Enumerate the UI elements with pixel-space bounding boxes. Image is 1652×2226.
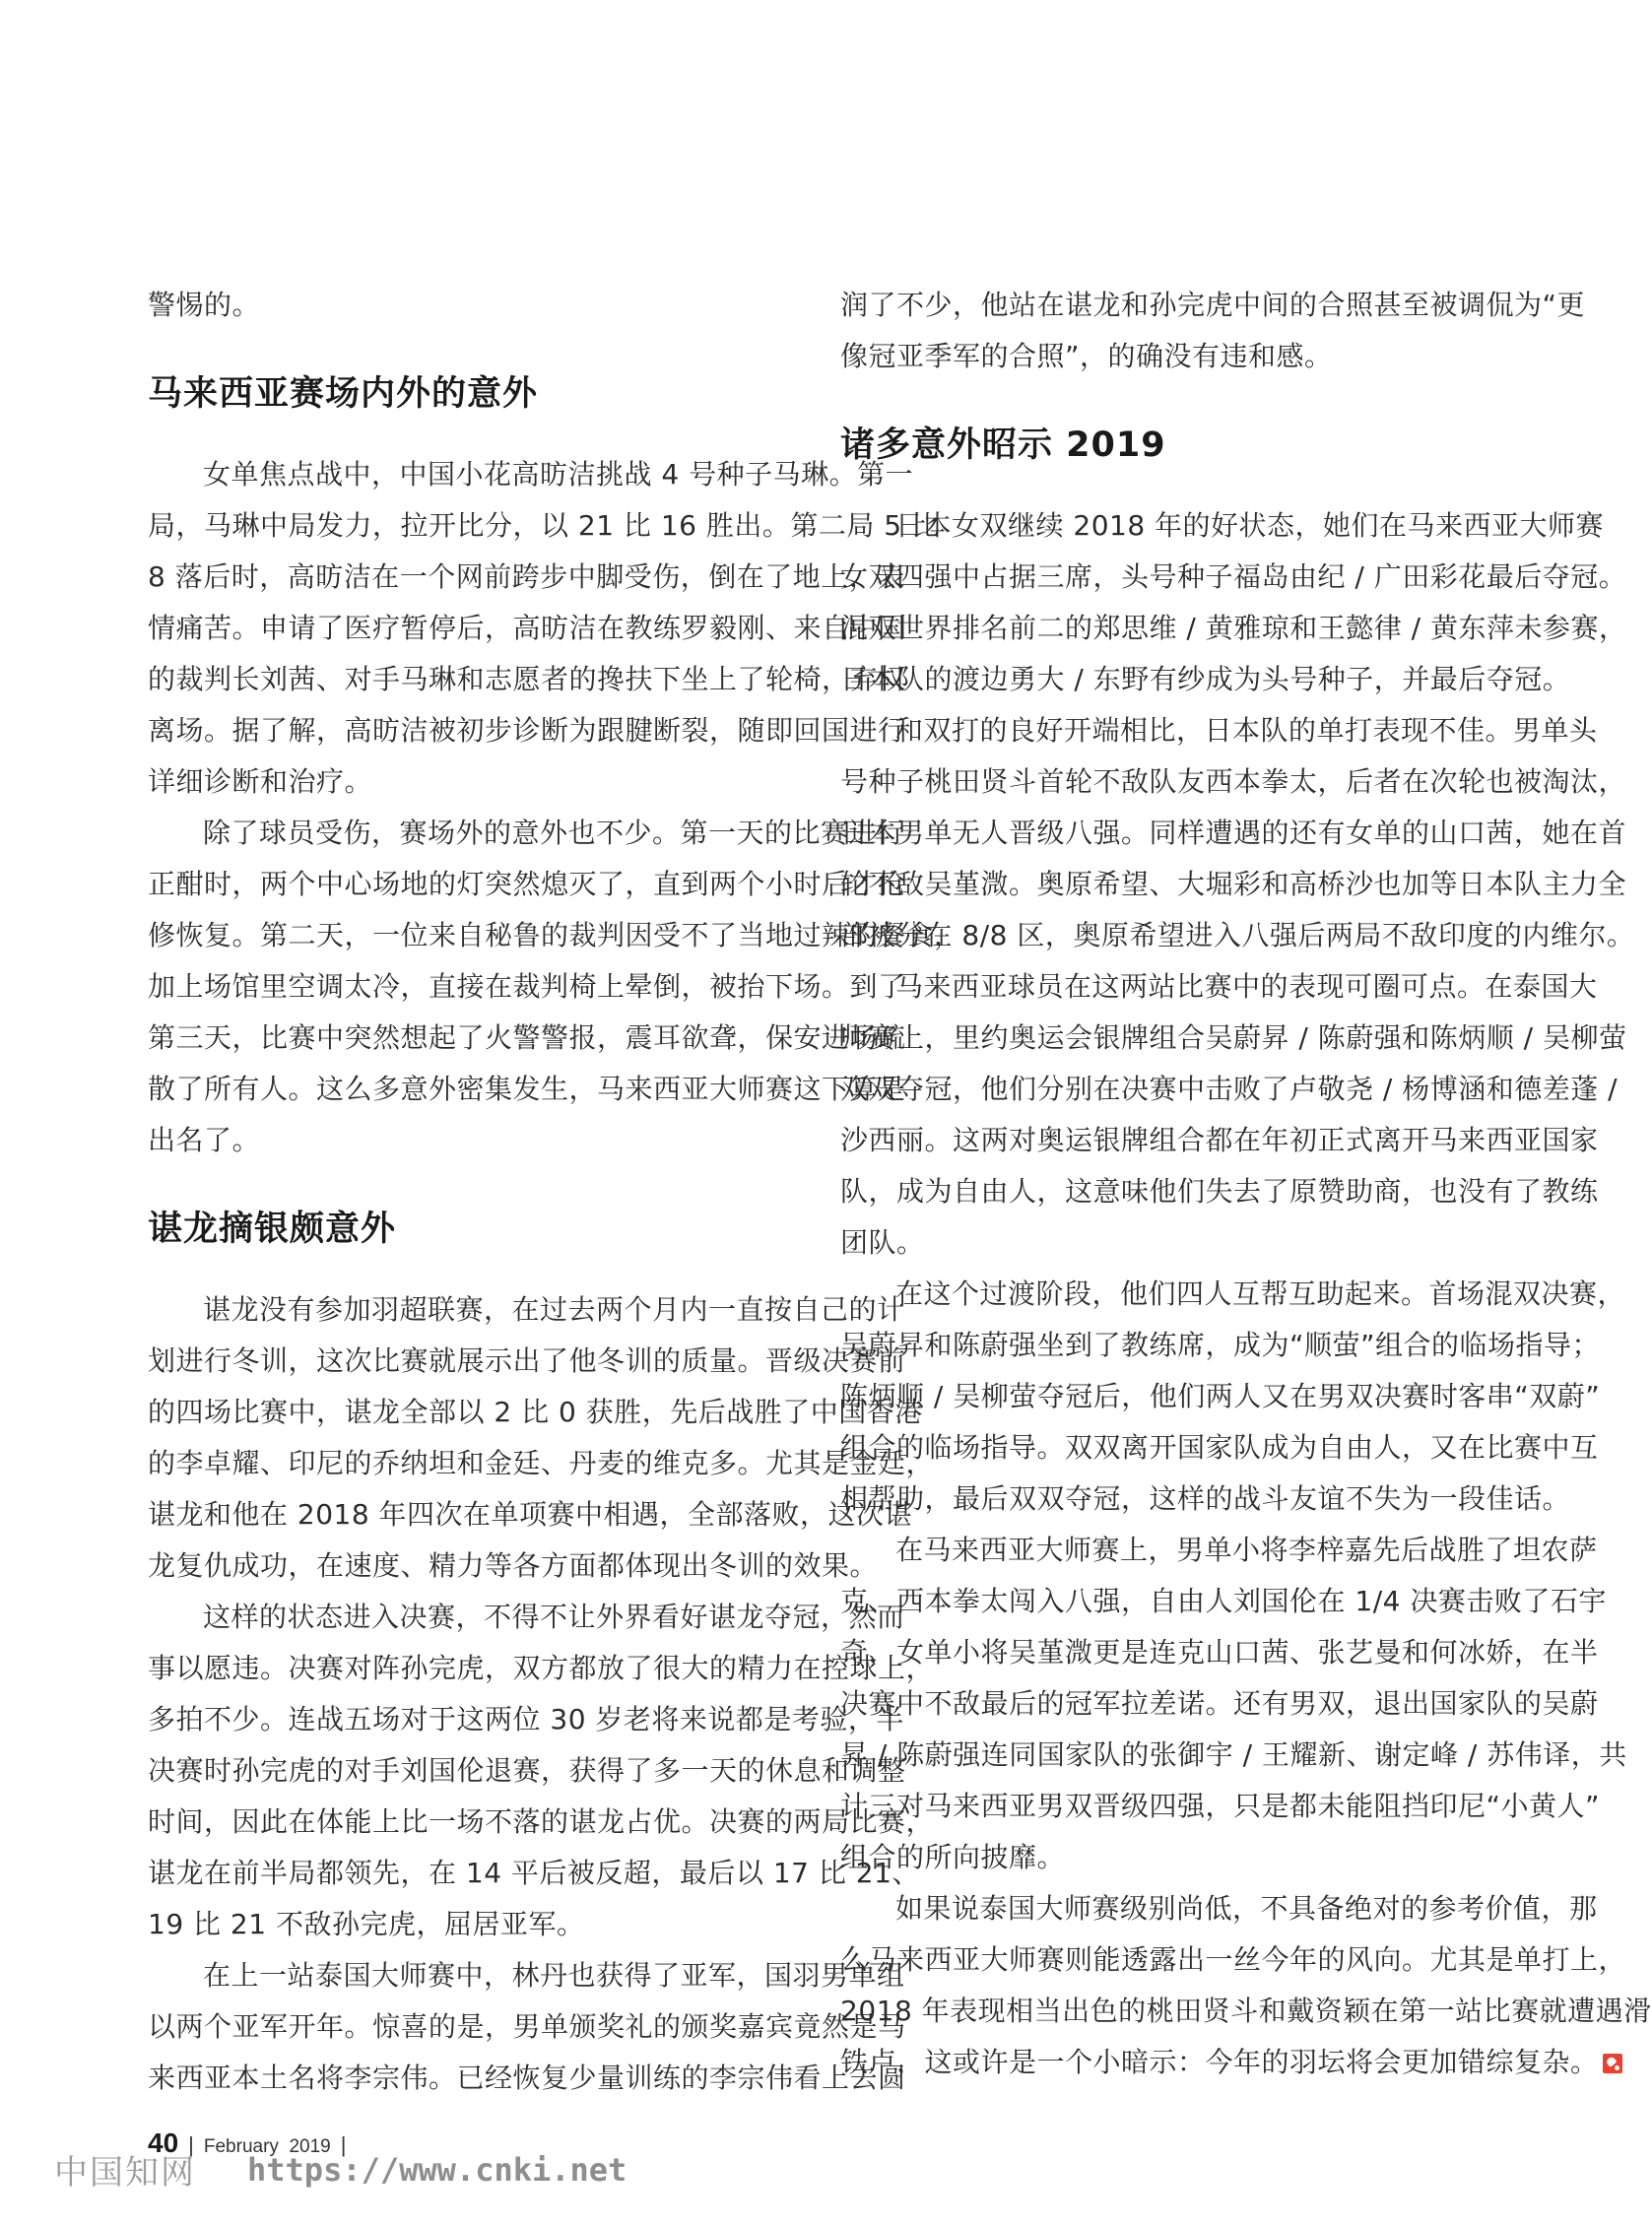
text-line: 师赛上，里约奥运会银牌组合吴蔚昇 / 陈蔚强和陈炳顺 / 吴柳萤 (840, 1013, 1510, 1064)
text-line: 局，马琳中局发力，拉开比分，以 21 比 16 胜出。第二局 5 比 (148, 500, 818, 552)
text-line: 第三天，比赛中突然想起了火警警报，震耳欲聋，保安进场疏 (148, 1013, 818, 1064)
text-line: 时间，因此在体能上比一场不落的谌龙占优。决赛的两局比赛， (148, 1797, 818, 1848)
text-line: 和双打的良好开端相比，日本队的单打表现不佳。男单头 (840, 705, 1510, 756)
text-line: 2018 年表现相当出色的桃田贤斗和戴资颖在第一站比赛就遭遇滑 (840, 1986, 1510, 2037)
paragraph: 除了球员受伤，赛场外的意外也不少。第一天的比赛进行正酣时，两个中心场地的灯突然熄… (148, 808, 818, 1166)
paragraph: 警惕的。 (148, 280, 818, 331)
paragraph: 和双打的良好开端相比，日本队的单打表现不佳。男单头号种子桃田贤斗首轮不敌队友西本… (840, 705, 1510, 961)
text-line: 来西亚本土名将李宗伟。已经恢复少量训练的李宗伟看上去圆 (148, 2053, 818, 2104)
text-line: 19 比 21 不敌孙完虎，屈居亚军。 (148, 1899, 818, 1950)
text-line: 的裁判长刘茜、对手马琳和志愿者的搀扶下坐上了轮椅，弃权 (148, 654, 818, 705)
text-line: 谌龙没有参加羽超联赛，在过去两个月内一直按自己的计 (148, 1284, 818, 1336)
text-line: 如果说泰国大师赛级别尚低，不具备绝对的参考价值，那 (840, 1883, 1510, 1934)
shuttlecock-icon (1603, 2054, 1622, 2073)
watermark-text: 中国知网 (54, 2145, 196, 2193)
text-line: 润了不少，他站在谌龙和孙完虎中间的合照甚至被调侃为“更 (840, 280, 1510, 331)
text-line: 女双四强中占据三席，头号种子福岛由纪 / 广田彩花最后夺冠。 (840, 552, 1510, 603)
text-line: 号种子桃田贤斗首轮不敌队友西本拳太，后者在次轮也被淘汰， (840, 756, 1510, 808)
text-line: 这样的状态进入决赛，不得不让外界看好谌龙夺冠，然而 (148, 1592, 818, 1643)
text-line: 马来西亚球员在这两站比赛中的表现可圈可点。在泰国大 (840, 961, 1510, 1013)
text-line: 以两个亚军开年。惊喜的是，男单颁奖礼的颁奖嘉宾竟然是马 (148, 2001, 818, 2053)
text-line: 的李卓耀、印尼的乔纳坦和金廷、丹麦的维克多。尤其是金廷， (148, 1438, 818, 1489)
text-line: 划进行冬训，这次比赛就展示出了他冬训的质量。晋级决赛前 (148, 1336, 818, 1387)
text-line: 决赛中不敌最后的冠军拉差诺。还有男双，退出国家队的吴蔚 (840, 1678, 1510, 1730)
paragraph: 女单焦点战中，中国小花高昉洁挑战 4 号种子马琳。第一局，马琳中局发力，拉开比分… (148, 449, 818, 808)
text-line: 陈炳顺 / 吴柳萤夺冠后，他们两人又在男双决赛时客串“双蔚” (840, 1371, 1510, 1422)
text-line: 日本男单无人晋级八强。同样遭遇的还有女单的山口茜，她在首 (840, 808, 1510, 859)
paragraph: 在上一站泰国大师赛中，林丹也获得了亚军，国羽男单组以两个亚军开年。惊喜的是，男单… (148, 1950, 818, 2104)
paragraph: 这样的状态进入决赛，不得不让外界看好谌龙夺冠，然而事以愿违。决赛对阵孙完虎，双方… (148, 1592, 818, 1950)
text-line: 的四场比赛中，谌龙全部以 2 比 0 获胜，先后战胜了中国香港 (148, 1387, 818, 1438)
text-line: 队，成为自由人，这意味他们失去了原赞助商，也没有了教练 (840, 1166, 1510, 1217)
text-line: 情痛苦。申请了医疗暂停后，高昉洁在教练罗毅刚、来自中国 (148, 603, 818, 654)
text-line: 正酣时，两个中心场地的灯突然熄灭了，直到两个小时后才抢 (148, 859, 818, 910)
text-line: 在上一站泰国大师赛中，林丹也获得了亚军，国羽男单组 (148, 1950, 818, 2001)
text-line: 轮不敌吴堇溦。奥原希望、大堀彩和高桥沙也加等日本队主力全 (840, 859, 1510, 910)
paragraph: 谌龙没有参加羽超联赛，在过去两个月内一直按自己的计划进行冬训，这次比赛就展示出了… (148, 1284, 818, 1592)
text-line: 像冠亚季军的合照”，的确没有违和感。 (840, 331, 1510, 382)
text-line: 散了所有人。这么多意外密集发生，马来西亚大师赛这下算是 (148, 1064, 818, 1115)
text-line: 铁卢，这或许是一个小暗示：今年的羽坛将会更加错综复杂。 (840, 2037, 1510, 2088)
text-line: 组合的所向披靡。 (840, 1832, 1510, 1883)
paragraph: 在这个过渡阶段，他们四人互帮互助起来。首场混双决赛，吴蔚昇和陈蔚强坐到了教练席，… (840, 1269, 1510, 1525)
text-line: 混双世界排名前二的郑思维 / 黄雅琼和王懿律 / 黄东萍未参赛， (840, 603, 1510, 654)
text-line: 警惕的。 (148, 280, 818, 331)
right-column: 润了不少，他站在谌龙和孙完虎中间的合照甚至被调侃为“更像冠亚季军的合照”，的确没… (840, 280, 1510, 2088)
cnki-watermark: 中国知网 https://www.cnki.net (54, 2145, 627, 2193)
paragraph: 在马来西亚大师赛上，男单小将李梓嘉先后战胜了坦农萨克、西本拳太闯入八强，自由人刘… (840, 1525, 1510, 1883)
paragraph: 如果说泰国大师赛级别尚低，不具备绝对的参考价值，那么马来西亚大师赛则能透露出一丝… (840, 1883, 1510, 2088)
text-line: 在马来西亚大师赛上，男单小将李梓嘉先后战胜了坦农萨 (840, 1525, 1510, 1576)
text-line: 计三对马来西亚男双晋级四强，只是都未能阻挡印尼“小黄人” (840, 1781, 1510, 1832)
text-line: 8 落后时，高昉洁在一个网前跨步中脚受伤，倒在了地上，表 (148, 552, 818, 603)
text-line: 沙西丽。这两对奥运银牌组合都在年初正式离开马来西亚国家 (840, 1115, 1510, 1166)
text-line: 日本队的渡边勇大 / 东野有纱成为头号种子，并最后夺冠。 (840, 654, 1510, 705)
text-line: 日本女双继续 2018 年的好状态，她们在马来西亚大师赛 (840, 500, 1510, 552)
section-heading: 谌龙摘银颇意外 (148, 1204, 818, 1255)
text-line: 奇，女单小将吴堇溦更是连克山口茜、张艺曼和何冰娇，在半 (840, 1627, 1510, 1678)
text-line: 详细诊断和治疗。 (148, 756, 818, 808)
text-line: 谌龙和他在 2018 年四次在单项赛中相遇，全部落败，这次谌 (148, 1489, 818, 1540)
text-line: 决赛时孙完虎的对手刘国伦退赛，获得了多一天的休息和调整 (148, 1745, 818, 1797)
text-line: 在这个过渡阶段，他们四人互帮互助起来。首场混双决赛， (840, 1269, 1510, 1320)
text-line: 修恢复。第二天，一位来自秘鲁的裁判因受不了当地过辣的餐食， (148, 910, 818, 961)
section-heading: 马来西亚赛场内外的意外 (148, 368, 818, 420)
text-line: 出名了。 (148, 1115, 818, 1166)
section-heading: 诸多意外昭示 2019 (840, 420, 1510, 471)
text-line: 相帮助，最后双双夺冠，这样的战斗友谊不失为一段佳话。 (840, 1473, 1510, 1525)
text-line: 双双夺冠，他们分别在决赛中击败了卢敬尧 / 杨博涵和德差蓬 / (840, 1064, 1510, 1115)
text-line: 部被分在 8/8 区，奥原希望进入八强后两局不敌印度的内维尔。 (840, 910, 1510, 961)
paragraph: 日本女双继续 2018 年的好状态，她们在马来西亚大师赛女双四强中占据三席，头号… (840, 500, 1510, 705)
text-line: 龙复仇成功，在速度、精力等各方面都体现出冬训的效果。 (148, 1540, 818, 1592)
paragraph: 马来西亚球员在这两站比赛中的表现可圈可点。在泰国大师赛上，里约奥运会银牌组合吴蔚… (840, 961, 1510, 1269)
text-line: 除了球员受伤，赛场外的意外也不少。第一天的比赛进行 (148, 808, 818, 859)
text-line: 谌龙在前半局都领先，在 14 平后被反超，最后以 17 比 21、 (148, 1848, 818, 1899)
text-line: 女单焦点战中，中国小花高昉洁挑战 4 号种子马琳。第一 (148, 449, 818, 500)
paragraph: 润了不少，他站在谌龙和孙完虎中间的合照甚至被调侃为“更像冠亚季军的合照”，的确没… (840, 280, 1510, 382)
text-line: 昇 / 陈蔚强连同国家队的张御宇 / 王耀新、谢定峰 / 苏伟译，共 (840, 1730, 1510, 1781)
text-line: 事以愿违。决赛对阵孙完虎，双方都放了很大的精力在控球上， (148, 1643, 818, 1694)
text-line: 加上场馆里空调太冷，直接在裁判椅上晕倒，被抬下场。到了 (148, 961, 818, 1013)
text-line: 多拍不少。连战五场对于这两位 30 岁老将来说都是考验，半 (148, 1694, 818, 1745)
text-line: 么马来西亚大师赛则能透露出一丝今年的风向。尤其是单打上， (840, 1934, 1510, 1986)
text-line: 克、西本拳太闯入八强，自由人刘国伦在 1/4 决赛击败了石宇 (840, 1576, 1510, 1627)
text-line: 离场。据了解，高昉洁被初步诊断为跟腱断裂，随即回国进行 (148, 705, 818, 756)
text-line: 吴蔚昇和陈蔚强坐到了教练席，成为“顺萤”组合的临场指导； (840, 1320, 1510, 1371)
left-column: 警惕的。 马来西亚赛场内外的意外 女单焦点战中，中国小花高昉洁挑战 4 号种子马… (148, 280, 818, 2104)
watermark-url: https://www.cnki.net (247, 2151, 627, 2189)
text-line: 组合的临场指导。双双离开国家队成为自由人，又在比赛中互 (840, 1422, 1510, 1473)
text-line: 团队。 (840, 1217, 1510, 1269)
